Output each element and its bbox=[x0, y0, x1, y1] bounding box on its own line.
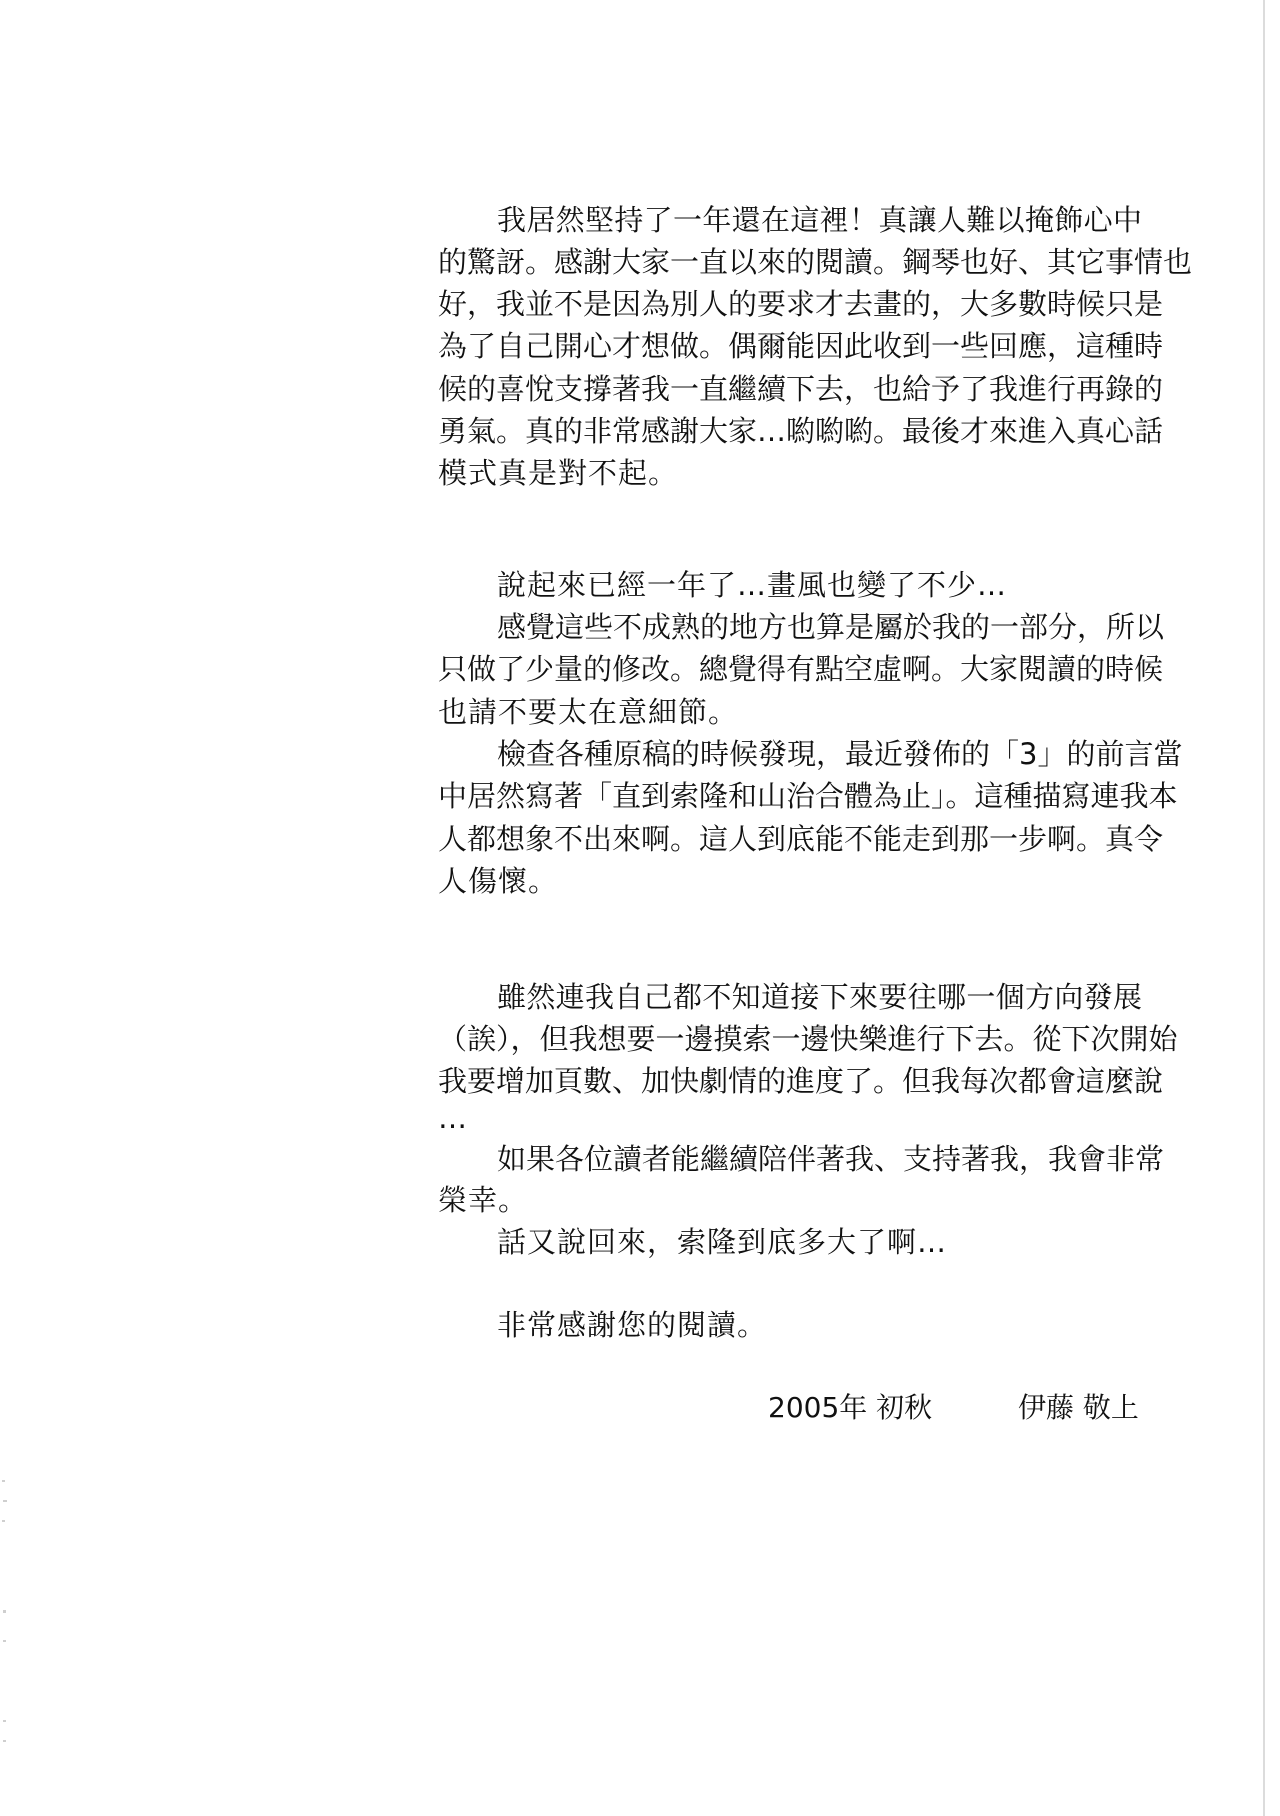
text-line: 勇氣。真的非常感謝大家…喲喲喲。最後才來進入真心話 bbox=[438, 413, 1142, 449]
text-line: 話又說回來，索隆到底多大了啊… bbox=[497, 1224, 947, 1260]
text-line: 為了自己開心才想做。偶爾能因此收到一些回應，這種時 bbox=[438, 328, 1142, 364]
signature-date: 2005年 初秋 bbox=[768, 1390, 932, 1426]
text-line: … bbox=[438, 1100, 468, 1136]
text-line: 模式真是對不起。 bbox=[438, 455, 678, 491]
text-line: 雖然連我自己都不知道接下來要往哪一個方向發展 bbox=[497, 979, 1142, 1015]
text-line: 感覺這些不成熟的地方也算是屬於我的一部分，所以 bbox=[497, 609, 1142, 645]
text-line: 檢查各種原稿的時候發現，最近發佈的「3」的前言當 bbox=[497, 736, 1142, 772]
text-line: 只做了少量的修改。總覺得有點空虛啊。大家閱讀的時候 bbox=[438, 651, 1142, 687]
page-edge-line bbox=[1263, 0, 1265, 1816]
text-line: 的驚訝。感謝大家一直以來的閱讀。鋼琴也好、其它事情也 bbox=[438, 244, 1142, 280]
text-line: 候的喜悅支撐著我一直繼續下去，也給予了我進行再錄的 bbox=[438, 371, 1142, 407]
text-line: 我要增加頁數、加快劇情的進度了。但我每次都會這麼說 bbox=[438, 1063, 1142, 1099]
scan-speck bbox=[3, 1610, 6, 1613]
text-line: 人都想象不出來啊。這人到底能不能走到那一步啊。真令 bbox=[438, 821, 1142, 857]
scan-speck bbox=[2, 1480, 5, 1482]
scan-speck bbox=[3, 1740, 6, 1742]
text-line: 榮幸。 bbox=[438, 1182, 528, 1218]
text-line: 中居然寫著「直到索隆和山治合體為止」。這種描寫連我本 bbox=[438, 778, 1142, 814]
text-line: 好，我並不是因為別人的要求才去畫的，大多數時候只是 bbox=[438, 286, 1142, 322]
text-line: （誒），但我想要一邊摸索一邊快樂進行下去。從下次開始 bbox=[438, 1021, 1142, 1057]
scan-speck bbox=[3, 1500, 7, 1502]
text-line: 人傷懷。 bbox=[438, 863, 558, 899]
text-line: 如果各位讀者能繼續陪伴著我、支持著我，我會非常 bbox=[497, 1141, 1142, 1177]
scan-speck bbox=[2, 1520, 5, 1522]
text-line: 說起來已經一年了…畫風也變了不少… bbox=[497, 567, 1007, 603]
text-line: 我居然堅持了一年還在這裡！真讓人難以掩飾心中 bbox=[497, 202, 1142, 238]
scan-speck bbox=[3, 1640, 6, 1642]
closing-line: 非常感謝您的閱讀。 bbox=[497, 1307, 767, 1343]
scan-speck bbox=[3, 1720, 6, 1722]
text-line: 也請不要太在意細節。 bbox=[438, 694, 738, 730]
signature-author: 伊藤 敬上 bbox=[1018, 1390, 1139, 1426]
